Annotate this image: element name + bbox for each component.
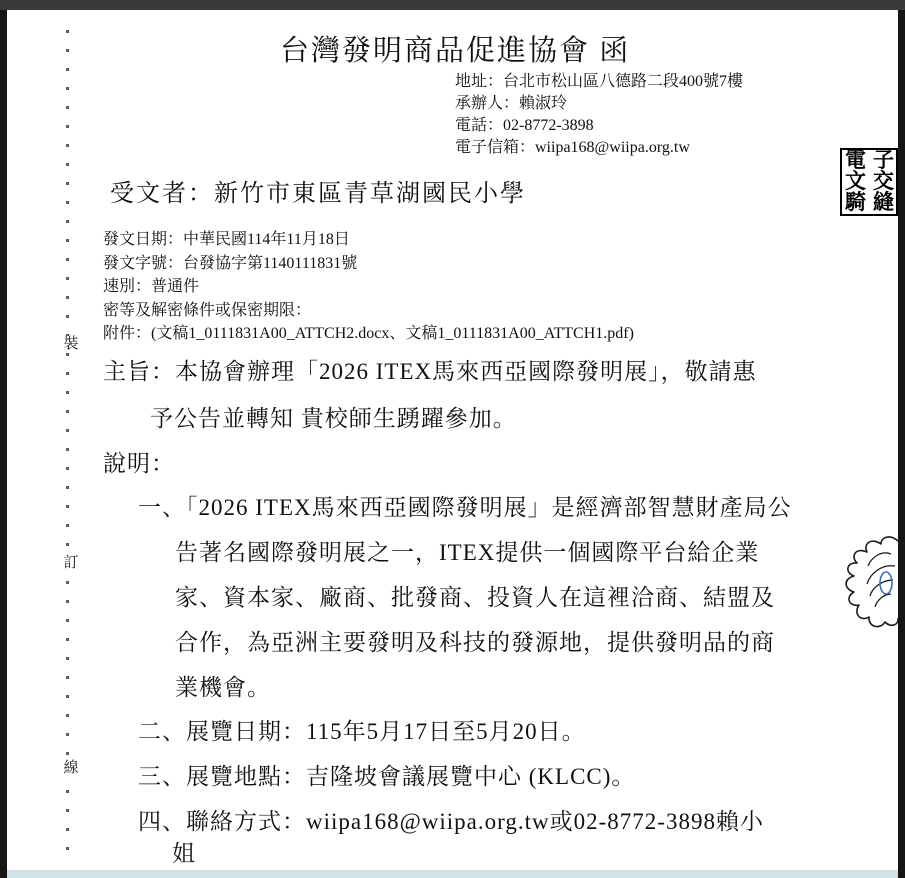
item1-line-2: 告著名國際發明展之一，ITEX提供一個國際平台給企業 [175, 534, 759, 567]
stamp-row-3: 騎縫 [842, 192, 896, 213]
viewer-right-edge [898, 10, 905, 878]
viewer-left-edge [0, 10, 7, 878]
recipient-line: 受文者：新竹市東區青草湖國民小學 [110, 173, 526, 208]
letter-title: 台灣發明商品促進協會 函 [280, 28, 630, 69]
sender-address: 地址：台北市松山區八德路二段400號7樓 [455, 71, 743, 93]
item1-line-5: 業機會。 [175, 669, 271, 702]
sender-contact-person: 承辦人：賴淑玲 [455, 93, 743, 115]
meta-attachments: 附件：(文稿1_0111831A00_ATTCH2.docx、文稿1_01118… [103, 322, 634, 346]
meta-date: 發文日期：中華民國114年11月18日 [103, 228, 634, 252]
meta-security: 密等及解密條件或保密期限： [103, 299, 634, 323]
item4-line-2: 姐 [172, 835, 196, 868]
item1-line-3: 家、資本家、廠商、批發商、投資人在這裡洽商、結盟及 [175, 579, 775, 612]
subject-line-2: 予公告並轉知 貴校師生踴躍參加。 [150, 400, 517, 433]
document-viewer: 裝 訂 線 台灣發明商品促進協會 函 地址：台北市松山區八德路二段400號7樓 … [0, 0, 905, 878]
sender-email: 電子信箱：wiipa168@wiipa.org.tw [455, 137, 743, 159]
item1-line-1: 一、「2026 ITEX馬來西亞國際發明展」是經濟部智慧財產局公 [138, 489, 792, 522]
stamp-row-2: 文交 [842, 171, 896, 192]
viewer-bottom-edge [7, 870, 898, 878]
stamp-row-1: 電子 [842, 150, 896, 171]
binding-mark-xian: 線 [61, 760, 81, 776]
electronic-exchange-paging-stamp: 電子 文交 騎縫 [840, 148, 898, 216]
sender-phone: 電話：02-8772-3898 [455, 115, 743, 137]
item2-line: 二、展覽日期：115年5月17日至5月20日。 [138, 713, 586, 746]
sender-info-block: 地址：台北市松山區八德路二段400號7樓 承辦人：賴淑玲 電話：02-8772-… [455, 71, 743, 159]
binding-mark-ding: 訂 [61, 555, 81, 571]
binding-dotted-line [66, 30, 69, 863]
item3-line: 三、展覽地點：吉隆坡會議展覽中心 (KLCC)。 [138, 758, 635, 791]
meta-speed: 速別：普通件 [103, 275, 634, 299]
item1-line-4: 合作，為亞洲主要發明及科技的發源地，提供發明品的商 [175, 624, 775, 657]
item4-line-1: 四、聯絡方式：wiipa168@wiipa.org.tw或02-8772-389… [138, 803, 764, 836]
subject-line-1: 主旨：本協會辦理「2026 ITEX馬來西亞國際發明展」，敬請惠 [103, 353, 757, 386]
binding-mark-zhuang: 裝 [61, 336, 81, 352]
viewer-top-edge [0, 0, 905, 10]
association-seal-half-icon [841, 534, 903, 632]
explanation-label: 說明： [103, 445, 175, 478]
document-meta-block: 發文日期：中華民國114年11月18日 發文字號：台發協字第1140111831… [103, 228, 634, 346]
meta-doc-number: 發文字號：台發協字第1140111831號 [103, 252, 634, 276]
